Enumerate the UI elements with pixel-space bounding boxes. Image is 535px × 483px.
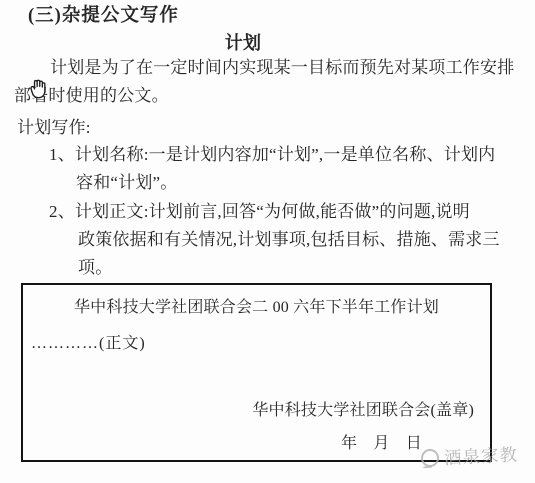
document-canvas[interactable]: (三)杂提公文写作 计划 计划是为了在一定时间内实现某一目标而预先对某项工作安排… <box>0 0 535 483</box>
document-title: 计划 <box>0 33 486 54</box>
watermark-text: 酒泉家教 <box>443 441 518 470</box>
list-item-2-line-3: 项。 <box>78 258 112 278</box>
example-box-title: 华中科技大学社团联合会二 00 六年下半年工作计划 <box>23 299 490 317</box>
example-box-body-placeholder: …………(正文) <box>31 335 146 353</box>
example-box-signature: 华中科技大学社团联合会(盖章) <box>252 402 474 420</box>
list-item-1-line-2: 容和“计划”。 <box>76 173 178 193</box>
example-box-date-line: 年 月 日 <box>341 435 422 453</box>
section-label: 计划写作: <box>17 118 91 138</box>
section-heading: (三)杂提公文写作 <box>28 6 179 27</box>
example-plan-box: 华中科技大学社团联合会二 00 六年下半年工作计划 …………(正文) 华中科技大… <box>21 283 492 462</box>
list-item-2-line-2: 政策依据和有关情况,计划事项,包括目标、措施、需求三 <box>78 230 500 250</box>
grab-hand-cursor-icon <box>26 76 51 101</box>
list-item-2-line-1: 2、计划正文:计划前言,回答“为何做,能否做”的问题,说明 <box>49 202 470 222</box>
list-item-1-line-1: 1、计划名称:一是计划内容加“计划”,一是单位名称、计划内 <box>49 145 495 165</box>
intro-line-1: 计划是为了在一定时间内实现某一目标而预先对某项工作安排 <box>50 58 514 78</box>
watermark-circle-logo-icon <box>418 447 441 470</box>
watermark: 酒泉家教 <box>418 441 518 471</box>
